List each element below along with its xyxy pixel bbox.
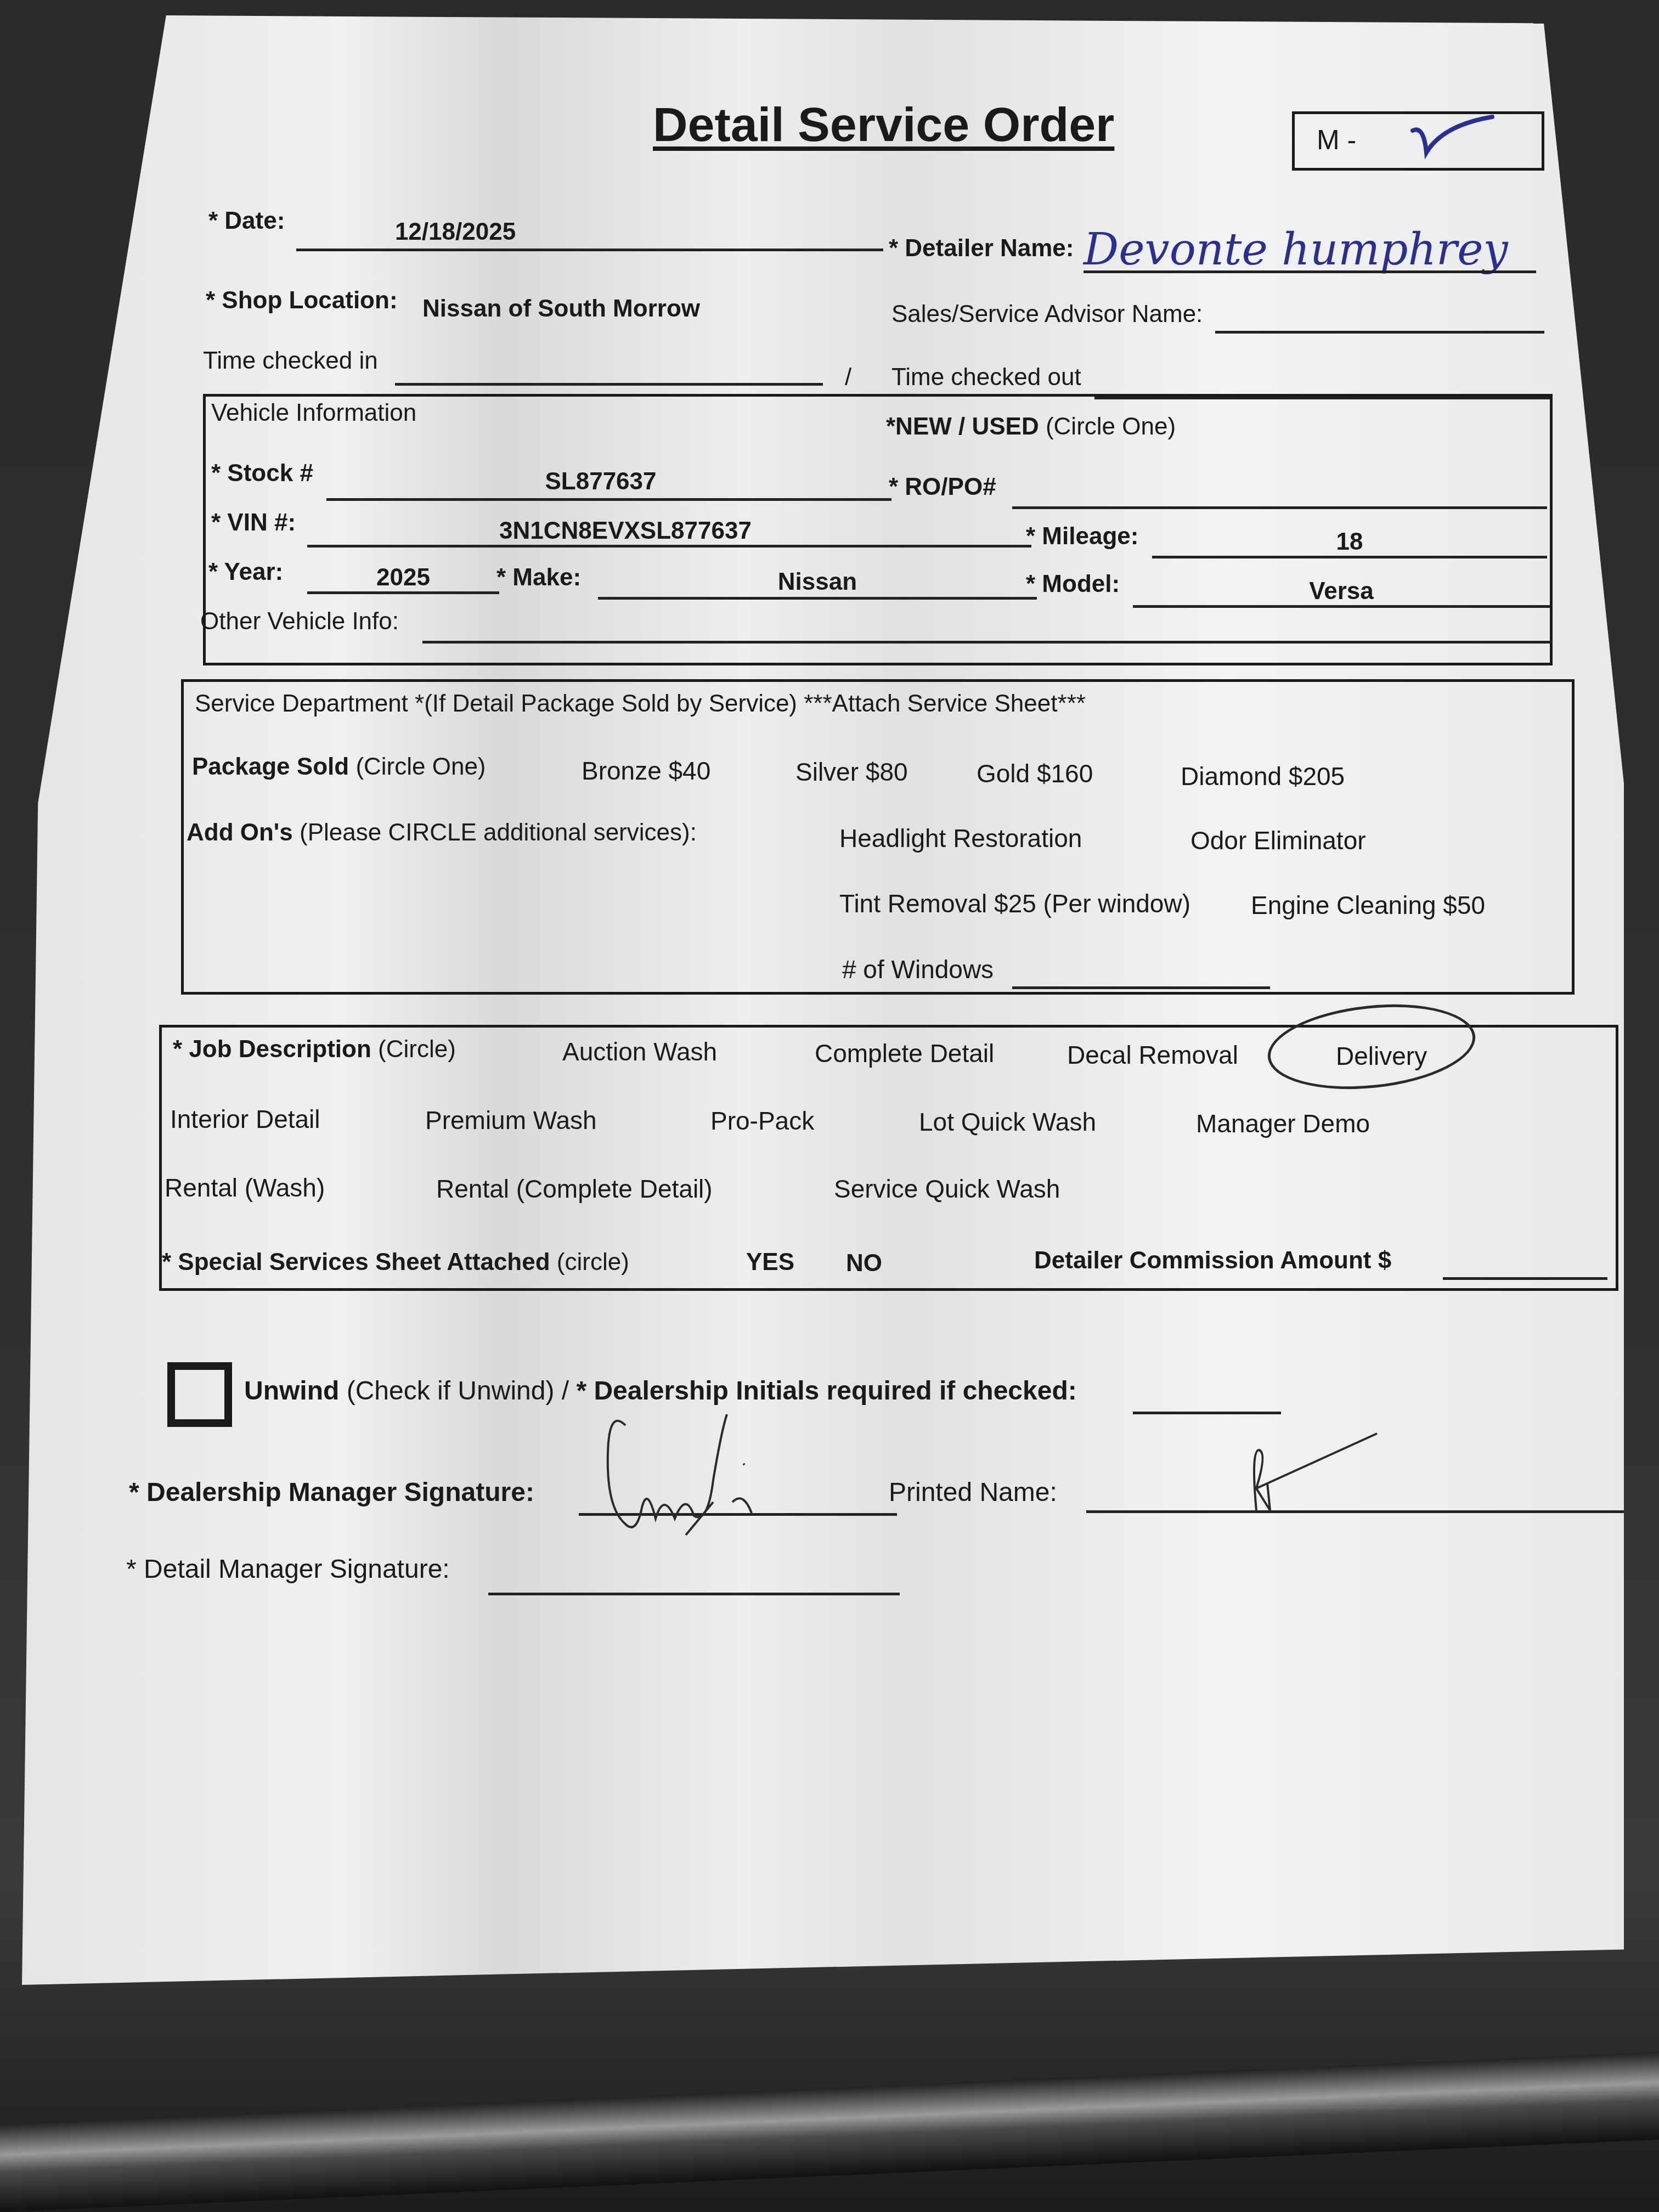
service-dept-title: Service Department *(If Detail Package S…: [195, 690, 1086, 718]
special-services-hint: (circle): [557, 1249, 629, 1276]
addons-hint: (Please CIRCLE additional services):: [300, 819, 697, 846]
page-title: Detail Service Order: [653, 97, 1114, 153]
unwind-checkbox[interactable]: [167, 1362, 232, 1427]
date-field[interactable]: 12/18/2025: [296, 218, 614, 246]
mileage-field[interactable]: 18: [1152, 528, 1547, 556]
new-used-hint: (Circle One): [1046, 413, 1176, 440]
model-underline: [1133, 605, 1550, 608]
addon-tint-removal[interactable]: Tint Removal $25 (Per window): [839, 889, 1190, 918]
stock-label: * Stock #: [211, 460, 313, 487]
m-box-label: M -: [1317, 125, 1356, 155]
job-lot-quick-wash[interactable]: Lot Quick Wash: [919, 1107, 1096, 1137]
job-rental-wash[interactable]: Rental (Wash): [165, 1173, 325, 1203]
detailer-name-label: * Detailer Name:: [889, 235, 1074, 262]
addons-text: Add On's: [187, 819, 293, 846]
make-label: * Make:: [496, 564, 581, 591]
model-field[interactable]: Versa: [1133, 578, 1550, 605]
mileage-label: * Mileage:: [1026, 523, 1138, 550]
package-silver[interactable]: Silver $80: [795, 757, 908, 787]
job-manager-demo[interactable]: Manager Demo: [1196, 1109, 1370, 1138]
make-field[interactable]: Nissan: [598, 568, 1037, 596]
initials-label: * Dealership Initials required if checke…: [576, 1376, 1076, 1406]
stock-field[interactable]: SL877637: [326, 468, 875, 495]
time-in-field[interactable]: [395, 383, 823, 386]
time-separator: /: [845, 364, 851, 391]
advisor-name-field[interactable]: [1215, 331, 1544, 334]
date-underline: [296, 249, 883, 251]
printed-name-mark: [1240, 1428, 1383, 1516]
dealer-signature-label: * Dealership Manager Signature:: [129, 1477, 534, 1508]
job-decal-removal[interactable]: Decal Removal: [1067, 1040, 1238, 1070]
initials-field[interactable]: [1133, 1412, 1281, 1414]
make-underline: [598, 597, 1037, 600]
check-mark-icon: [1410, 114, 1498, 169]
commission-field[interactable]: [1443, 1277, 1607, 1280]
ro-po-label: * RO/PO#: [889, 473, 996, 501]
advisor-name-label: Sales/Service Advisor Name:: [891, 301, 1203, 328]
package-sold-hint: (Circle One): [356, 753, 486, 780]
special-services-text: * Special Services Sheet Attached: [162, 1249, 550, 1276]
printed-name-label: Printed Name:: [889, 1477, 1057, 1508]
unwind-label: Unwind (Check if Unwind) / * Dealership …: [244, 1376, 1077, 1406]
mileage-underline: [1152, 556, 1547, 558]
service-order-sheet: Detail Service Order M - * Date: 12/18/2…: [22, 15, 1624, 1985]
year-underline: [307, 591, 499, 594]
special-yes-option[interactable]: YES: [746, 1249, 794, 1276]
job-description-hint: (Circle): [378, 1036, 456, 1063]
package-sold-text: Package Sold: [192, 753, 349, 780]
addon-headlight-restoration[interactable]: Headlight Restoration: [839, 823, 1082, 853]
other-info-field[interactable]: [422, 641, 1553, 644]
shop-location-value[interactable]: Nissan of South Morrow: [422, 295, 700, 323]
windows-field[interactable]: [1012, 986, 1270, 989]
m-box[interactable]: M -: [1292, 111, 1544, 171]
package-diamond[interactable]: Diamond $205: [1181, 761, 1345, 791]
job-pro-pack[interactable]: Pro-Pack: [710, 1106, 814, 1136]
vin-field[interactable]: 3N1CN8EVXSL877637: [307, 517, 944, 545]
windows-label: # of Windows: [842, 955, 994, 984]
special-no-option[interactable]: NO: [846, 1250, 882, 1277]
job-description-text: * Job Description: [173, 1036, 371, 1063]
job-description-label: * Job Description (Circle): [173, 1036, 456, 1063]
other-info-label: Other Vehicle Info:: [200, 608, 399, 635]
commission-label: Detailer Commission Amount $: [1034, 1247, 1391, 1274]
shop-location-label: * Shop Location:: [206, 287, 398, 314]
vin-underline: [307, 545, 1031, 548]
detail-manager-signature-field[interactable]: [488, 1593, 900, 1595]
package-gold[interactable]: Gold $160: [977, 759, 1093, 788]
model-label: * Model:: [1026, 571, 1120, 598]
addons-label: Add On's (Please CIRCLE additional servi…: [187, 819, 697, 847]
detail-manager-signature-label: * Detail Manager Signature:: [126, 1554, 450, 1584]
job-complete-detail[interactable]: Complete Detail: [815, 1039, 994, 1068]
job-rental-complete-detail[interactable]: Rental (Complete Detail): [436, 1174, 713, 1204]
detailer-underline: [1084, 270, 1536, 273]
new-used-selector[interactable]: *NEW / USED (Circle One): [886, 413, 1176, 441]
desk-edge: [0, 2052, 1659, 2212]
vehicle-info-title: Vehicle Information: [211, 399, 416, 427]
stock-underline: [326, 498, 891, 501]
addon-engine-cleaning[interactable]: Engine Cleaning $50: [1251, 890, 1485, 920]
time-out-label: Time checked out: [891, 364, 1081, 391]
vin-label: * VIN #:: [211, 509, 296, 537]
addon-odor-eliminator[interactable]: Odor Eliminator: [1190, 826, 1366, 855]
dealer-signature-mark: [603, 1409, 850, 1541]
unwind-text: Unwind: [244, 1376, 339, 1406]
package-sold-label: Package Sold (Circle One): [192, 753, 486, 781]
new-used-label: *NEW / USED: [886, 413, 1039, 440]
ro-po-field[interactable]: [1012, 506, 1547, 509]
detailer-name-field[interactable]: Devonte humphrey: [1084, 224, 1508, 275]
job-interior-detail[interactable]: Interior Detail: [170, 1104, 320, 1134]
job-premium-wash[interactable]: Premium Wash: [425, 1105, 597, 1135]
date-label: * Date:: [208, 207, 285, 235]
package-bronze[interactable]: Bronze $40: [582, 756, 710, 786]
year-field[interactable]: 2025: [307, 564, 499, 591]
job-auction-wash[interactable]: Auction Wash: [562, 1037, 717, 1066]
year-label: * Year:: [208, 558, 283, 586]
job-service-quick-wash[interactable]: Service Quick Wash: [834, 1174, 1060, 1204]
time-in-label: Time checked in: [203, 347, 378, 375]
unwind-hint: (Check if Unwind) /: [347, 1376, 569, 1406]
special-services-label: * Special Services Sheet Attached (circl…: [162, 1249, 629, 1276]
